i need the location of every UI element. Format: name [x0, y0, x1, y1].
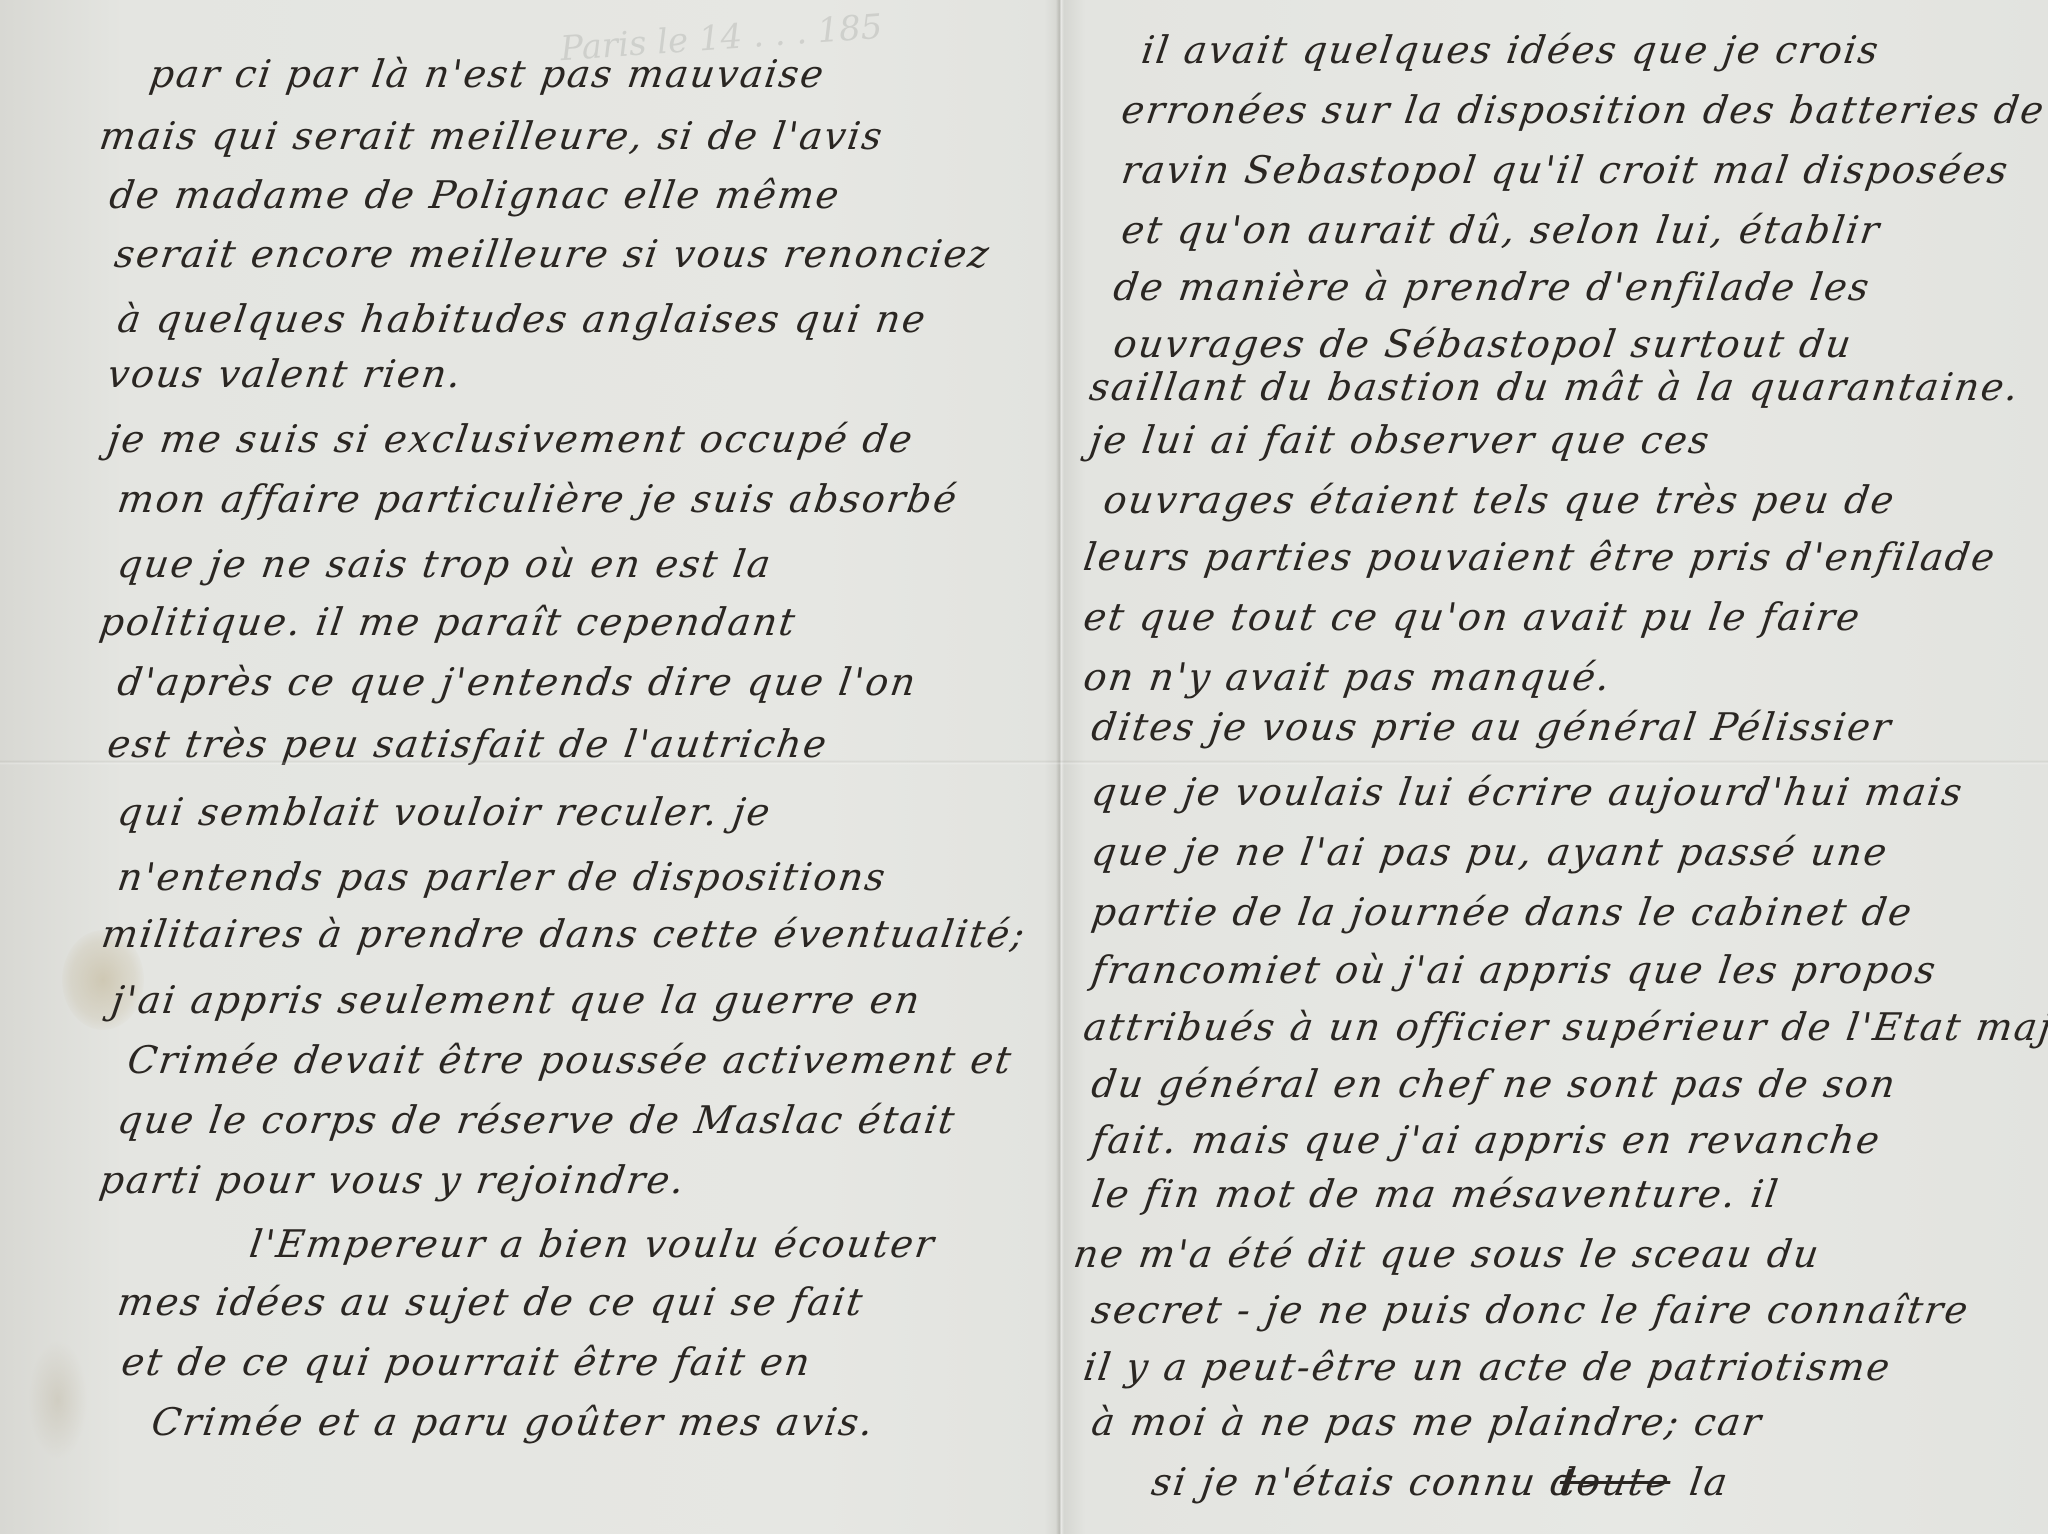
handwritten-line: n'entends pas parler de dispositions — [115, 855, 890, 899]
handwritten-line: leurs parties pouvaient être pris d'enfi… — [1081, 535, 1999, 579]
handwritten-line: que je voulais lui écrire aujourd'hui ma… — [1089, 770, 1967, 814]
handwritten-line: d'après ce que j'entends dire que l'on — [115, 660, 920, 704]
handwritten-line: politique. il me paraît cependant — [97, 600, 800, 644]
handwritten-line: j'ai appris seulement que la guerre en — [109, 978, 924, 1022]
handwritten-line: serait encore meilleure si vous renoncie… — [112, 232, 994, 276]
handwritten-line: Crimée devait être poussée activement et — [125, 1038, 1016, 1082]
handwritten-line: mes idées au sujet de ce qui se fait — [115, 1280, 867, 1324]
handwritten-line: on n'y avait pas manqué. — [1081, 655, 1614, 699]
handwritten-line: la — [1687, 1460, 1732, 1504]
handwritten-line: que je ne l'ai pas pu, ayant passé une — [1089, 830, 1892, 874]
handwritten-line: et de ce qui pourrait être fait en — [119, 1340, 815, 1384]
handwritten-line: partie de la journée dans le cabinet de — [1089, 890, 1916, 934]
handwritten-line: je lui ai fait observer que ces — [1087, 418, 1714, 462]
handwritten-line: il avait quelques idées que je crois — [1139, 28, 1883, 72]
handwritten-line: qui semblait vouloir reculer. je — [115, 790, 775, 834]
right-page: il avait quelques idées que je crois err… — [1062, 0, 2048, 1534]
handwritten-line: mais qui serait meilleure, si de l'avis — [97, 114, 887, 158]
handwritten-line: francomiet où j'ai appris que les propos — [1089, 948, 1940, 992]
handwritten-line: Crimée et a paru goûter mes avis. — [149, 1400, 878, 1444]
handwritten-line: erronées sur la disposition des batterie… — [1119, 88, 2048, 132]
struck-word: toute — [1557, 1460, 1674, 1504]
handwritten-line: le fin mot de ma mésaventure. il — [1089, 1172, 1783, 1216]
handwritten-line: à moi à ne pas me plaindre; car — [1089, 1400, 1766, 1444]
handwritten-line: que je ne sais trop où en est la — [115, 542, 775, 586]
handwritten-line: à quelques habitudes anglaises qui ne — [115, 297, 930, 341]
left-page: par ci par là n'est pas mauvaise mais qu… — [0, 0, 1058, 1534]
handwritten-line: ne m'a été dit que sous le sceau du — [1071, 1232, 1823, 1276]
handwritten-line: et que tout ce qu'on avait pu le faire — [1081, 595, 1864, 639]
handwritten-line: par ci par là n'est pas mauvaise — [147, 52, 828, 96]
handwritten-line: ravin Sebastopol qu'il croit mal disposé… — [1119, 148, 2012, 192]
handwritten-line: militaires à prendre dans cette éventual… — [99, 912, 1029, 956]
handwritten-line: du général en chef ne sont pas de son — [1089, 1062, 1900, 1106]
handwritten-line: ouvrages étaient tels que très peu de — [1101, 478, 1899, 522]
handwritten-line: et qu'on aurait dû, selon lui, établir — [1119, 208, 1884, 252]
letter-scan: Paris le 14 . . . 185 par ci par là n'es… — [0, 0, 2048, 1534]
handwritten-line: fait. mais que j'ai appris en revanche — [1089, 1118, 1884, 1162]
handwritten-line: secret - je ne puis donc le faire connaî… — [1089, 1288, 1973, 1332]
handwritten-line: vous valent rien. — [105, 352, 466, 396]
handwritten-line: je me suis si exclusivement occupé de — [105, 417, 917, 461]
handwritten-line: ouvrages de Sébastopol surtout du — [1111, 322, 1856, 366]
handwritten-line: il y a peut-être un acte de patriotisme — [1081, 1345, 1894, 1389]
handwritten-line: parti pour vous y rejoindre. — [97, 1158, 689, 1202]
handwritten-line: si je n'étais connu de — [1149, 1460, 1605, 1504]
handwritten-line: mon affaire particulière je suis absorbé — [115, 477, 961, 521]
handwritten-line: que le corps de réserve de Maslac était — [115, 1098, 959, 1142]
handwritten-line: l'Empereur a bien voulu écouter — [247, 1222, 939, 1266]
handwritten-line: de manière à prendre d'enfilade les — [1111, 265, 1874, 309]
handwritten-line: dites je vous prie au général Pélissier — [1089, 705, 1895, 749]
handwritten-line: saillant du bastion du mât à la quaranta… — [1087, 365, 2023, 409]
handwritten-line: de madame de Polignac elle même — [107, 173, 844, 217]
handwritten-line: attribués à un officier supérieur de l'E… — [1081, 1005, 2048, 1049]
